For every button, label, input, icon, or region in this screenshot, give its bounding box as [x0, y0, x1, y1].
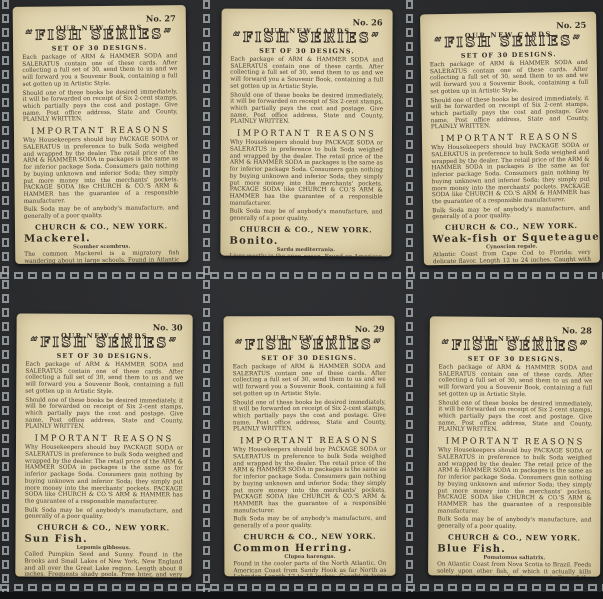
- card-header: OUR NEW CARDS No. 26: [231, 18, 384, 29]
- fish-card-25: OUR NEW CARDS No. 25 “FISH SERIES” SET O…: [420, 12, 600, 266]
- bulk-soda-paragraph: Bulk Soda may be of anybody's manufactur…: [437, 517, 591, 532]
- bulk-soda-paragraph: Bulk Soda may be of anybody's manufactur…: [233, 516, 386, 530]
- header-title: OUR NEW CARDS: [61, 332, 148, 340]
- card-header: OUR NEW CARDS No. 25: [429, 21, 587, 33]
- important-reasons-heading: IMPORTANT REASONS: [438, 436, 592, 447]
- header-title: OUR NEW CARDS: [263, 27, 350, 35]
- header-title: OUR NEW CARDS: [465, 30, 552, 39]
- bulk-soda-paragraph: Bulk Soda may be of anybody's manufactur…: [230, 209, 383, 223]
- header-title: OUR NEW CARDS: [56, 24, 143, 33]
- promo-paragraph-1: Each package of ARM & HAMMER SODA and SA…: [230, 57, 383, 91]
- fish-description: Atlantic Coast from Cape Cod to Florida;…: [433, 250, 592, 266]
- fish-latin-name: Pomatomus saltatrix.: [437, 554, 591, 561]
- company-name: CHURCH & CO., NEW YORK.: [233, 532, 386, 542]
- important-reasons-heading: IMPORTANT REASONS: [23, 124, 178, 136]
- promo-paragraph-2: Should one of these books be desired imm…: [430, 95, 589, 131]
- company-name: CHURCH & CO., NEW YORK.: [229, 224, 382, 234]
- promo-paragraph-1: Each package of ARM & HAMMER SODA and SA…: [430, 60, 589, 96]
- card-header: OUR NEW CARDS No. 29: [233, 325, 386, 336]
- card-number: No. 25: [556, 19, 586, 29]
- fish-card-29: OUR NEW CARDS No. 29 “FISH SERIES” SET O…: [224, 316, 396, 577]
- card-number: No. 30: [153, 322, 183, 332]
- stitch-seam-left: [2, 0, 9, 592]
- stitch-seam-column-1: [203, 0, 210, 592]
- important-reasons-heading: IMPORTANT REASONS: [233, 435, 386, 446]
- fish-latin-name: Lepomis gibbosus.: [24, 545, 182, 552]
- company-name: CHURCH & CO., NEW YORK.: [24, 221, 179, 232]
- company-name: CHURCH & CO., NEW YORK.: [25, 523, 183, 533]
- set-subtitle: SET OF 30 DESIGNS.: [439, 354, 593, 363]
- header-title: OUR NEW CARDS: [266, 334, 353, 342]
- promo-paragraph-2: Should one of these books be desired imm…: [25, 397, 183, 431]
- fish-card-27: OUR NEW CARDS No. 27 “FISH SERIES” SET O…: [13, 5, 189, 264]
- page-bottom-edge: [0, 592, 603, 599]
- bulk-soda-paragraph: Bulk Soda may be of anybody's manufactur…: [432, 205, 590, 221]
- important-reasons-heading: IMPORTANT REASONS: [431, 131, 589, 143]
- card-header: OUR NEW CARDS No. 27: [22, 14, 177, 26]
- card-header: OUR NEW CARDS No. 30: [26, 323, 184, 334]
- fish-description: On Atlantic Coast from Nova Scotia to Br…: [437, 561, 591, 576]
- fish-name: Common Herring.: [233, 543, 386, 555]
- stitch-seam-bottom: [0, 584, 603, 591]
- reasons-paragraph: Why Housekeepers should buy PACKAGE SODA…: [431, 143, 590, 206]
- promo-paragraph-1: Each package of ARM & HAMMER SODA and SA…: [22, 53, 177, 88]
- set-subtitle: SET OF 30 DESIGNS.: [233, 354, 386, 363]
- reasons-paragraph: Why Housekeepers should buy PACKAGE SODA…: [25, 445, 183, 506]
- promo-paragraph-2: Should one of these books be desired imm…: [230, 92, 383, 126]
- company-name: CHURCH & CO., NEW YORK.: [437, 532, 591, 542]
- card-number: No. 29: [355, 323, 385, 333]
- stitch-seam-column-2: [406, 0, 413, 592]
- company-name: CHURCH & CO., NEW YORK.: [432, 221, 590, 232]
- set-subtitle: SET OF 30 DESIGNS.: [25, 352, 183, 361]
- important-reasons-heading: IMPORTANT REASONS: [230, 128, 383, 139]
- fish-description: Called Pumpkin Seed and Sunny. Found in …: [24, 552, 182, 578]
- fish-name: Sun Fish.: [24, 534, 182, 546]
- reasons-paragraph: Why Housekeepers should buy PACKAGE SODA…: [233, 447, 386, 515]
- fish-description: Lives mostly in the open ocean. Found on…: [229, 253, 382, 256]
- promo-paragraph-1: Each package of ARM & HAMMER SODA and SA…: [233, 364, 386, 398]
- fish-card-26: OUR NEW CARDS No. 26 “FISH SERIES” SET O…: [220, 9, 392, 257]
- fish-name: Bonito.: [229, 235, 382, 247]
- promo-paragraph-2: Should one of these books be desired imm…: [438, 400, 592, 435]
- bulk-soda-paragraph: Bulk Soda may be of anybody's manufactur…: [24, 206, 179, 221]
- fish-description: The common Mackerel is a migratory fish …: [24, 250, 179, 264]
- promo-paragraph-2: Should one of these books be desired imm…: [23, 89, 178, 124]
- album-page: OUR NEW CARDS No. 27 “FISH SERIES” SET O…: [0, 0, 603, 599]
- card-number: No. 28: [562, 325, 592, 335]
- promo-paragraph-2: Should one of these books be desired imm…: [233, 399, 386, 433]
- header-title: OUR NEW CARDS: [472, 335, 559, 344]
- fish-latin-name: Sarda mediterrania.: [229, 246, 382, 253]
- card-number: No. 26: [353, 17, 383, 27]
- set-subtitle: SET OF 30 DESIGNS.: [230, 47, 383, 56]
- set-subtitle: SET OF 30 DESIGNS.: [22, 43, 177, 53]
- reasons-paragraph: Why Housekeepers should buy PACKAGE SODA…: [23, 136, 179, 205]
- fish-description: Found in the cooler parts of the North A…: [233, 561, 386, 577]
- fish-latin-name: Clupea harengus.: [233, 554, 386, 561]
- set-subtitle: SET OF 30 DESIGNS.: [430, 50, 588, 60]
- fish-name: Blue Fish.: [437, 543, 591, 555]
- reasons-paragraph: Why Housekeepers should buy PACKAGE SODA…: [438, 448, 592, 516]
- reasons-paragraph: Why Housekeepers should buy PACKAGE SODA…: [230, 140, 383, 208]
- card-header: OUR NEW CARDS No. 28: [439, 325, 593, 336]
- fish-card-30: OUR NEW CARDS No. 30 “FISH SERIES” SET O…: [15, 314, 192, 578]
- promo-paragraph-1: Each package of ARM & HAMMER SODA and SA…: [438, 364, 592, 399]
- stitch-seam-row-divider: [0, 272, 603, 279]
- promo-paragraph-1: Each package of ARM & HAMMER SODA and SA…: [25, 362, 183, 396]
- important-reasons-heading: IMPORTANT REASONS: [25, 433, 183, 444]
- bulk-soda-paragraph: Bulk Soda may be of anybody's manufactur…: [25, 507, 183, 521]
- fish-card-28: OUR NEW CARDS No. 28 “FISH SERIES” SET O…: [428, 316, 602, 576]
- card-number: No. 27: [146, 13, 176, 23]
